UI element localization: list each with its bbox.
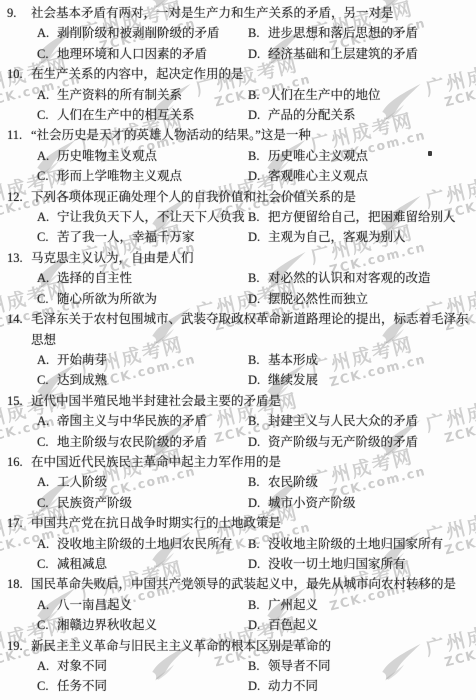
option-b: B. 人们在生产中的地位 <box>248 85 476 105</box>
option-text: 进步思想和落后思想的矛盾 <box>268 23 476 43</box>
option-label: B. <box>248 268 268 288</box>
option-c: C. 湘赣边界秋收起义 <box>37 615 248 635</box>
option-text: 任务不同 <box>57 676 248 696</box>
question-number: 13. <box>0 248 31 268</box>
option-label: A. <box>37 85 57 105</box>
option-text: 工人阶级 <box>57 472 248 492</box>
option-text: 八一南昌起义 <box>57 595 248 615</box>
option-text: 达到成熟 <box>57 370 248 390</box>
option-text: 苦了我一人，幸福千万家 <box>57 227 248 247</box>
option-label: A. <box>37 146 57 166</box>
option-a: A. 没收地主阶级的土地归农民所有 <box>37 534 248 554</box>
option-d: D. 摆脱必然性而独立 <box>248 289 476 309</box>
option-a: A. 剥削阶级和被剥削阶级的矛盾 <box>37 23 248 43</box>
option-label: D. <box>248 554 268 574</box>
option-d: D. 资产阶级与无产阶级的矛盾 <box>248 432 476 452</box>
option-text: 没收地主阶级的土地归农民所有 <box>57 534 248 554</box>
question-line: 18. 国民革命失败后，中国共产党领导的武装起义中，最先从城市向农村转移的是 <box>0 574 476 594</box>
option-a: A. 开始萌芽 <box>37 350 248 370</box>
question-text: 在中国近代民族民主革命中起主力军作用的是 <box>31 452 476 472</box>
option-text: 百色起义 <box>268 615 476 635</box>
option-label: D. <box>248 615 268 635</box>
option-c: C. 随心所欲为所欲为 <box>37 289 248 309</box>
options-row-ab: A. 剥削阶级和被剥削阶级的矛盾 B. 进步思想和落后思想的矛盾 <box>37 23 476 43</box>
option-text: 主观为自己，客观为别人 <box>268 227 476 247</box>
question-block: 17. 中国共产党在抗日战争时期实行的土地政策是 A. 没收地主阶级的土地归农民… <box>0 513 476 574</box>
question-block: 19. 新民主主义革命与旧民主主义革命的根本区别是革命的 A. 对象不同 B. … <box>0 636 476 697</box>
option-c: C. 减租减息 <box>37 554 248 574</box>
option-b: B. 领导者不同 <box>248 656 476 676</box>
question-number: 16. <box>0 452 31 472</box>
option-text: 湘赣边界秋收起义 <box>57 615 248 635</box>
ink-dot <box>428 151 432 156</box>
option-b: B. 广州起义 <box>248 595 476 615</box>
options-row-ab: A. 八一南昌起义 B. 广州起义 <box>37 595 476 615</box>
option-b: B. 基本形成 <box>248 350 476 370</box>
question-line: 17. 中国共产党在抗日战争时期实行的土地政策是 <box>0 513 476 533</box>
question-text: “社会历史是天才的英雄人物活动的结果。”这是一种 <box>31 125 476 145</box>
option-text: 动力不同 <box>268 676 476 696</box>
question-number: 17. <box>0 513 31 533</box>
option-d: D. 百色起义 <box>248 615 476 635</box>
option-text: 减租减息 <box>57 554 248 574</box>
question-line: 11. “社会历史是天才的英雄人物活动的结果。”这是一种 <box>0 125 476 145</box>
option-text: 形而上学唯物主义观点 <box>57 166 248 186</box>
option-d: D. 主观为自己，客观为别人 <box>248 227 476 247</box>
option-text: 地主阶级与农民阶级的矛盾 <box>57 432 248 452</box>
option-b: B. 农民阶级 <box>248 472 476 492</box>
question-number: 11. <box>0 125 31 145</box>
option-b: B. 把方便留给自己，把困难留给别人 <box>248 207 476 227</box>
option-text: 人们在生产中的相互关系 <box>57 105 248 125</box>
option-label: D. <box>248 166 268 186</box>
question-number: 14. <box>0 309 31 350</box>
question-text: 毛泽东关于农村包围城市、武装夺取政权革命新道路理论的提出，标志着毛泽东思想 <box>31 309 476 350</box>
question-block: 18. 国民革命失败后，中国共产党领导的武装起义中，最先从城市向农村转移的是 A… <box>0 574 476 635</box>
option-d: D. 产品的分配关系 <box>248 105 476 125</box>
option-a: A. 工人阶级 <box>37 472 248 492</box>
option-a: A. 选择的自主性 <box>37 268 248 288</box>
options-row-cd: C. 减租减息 D. 没收一切土地归国家所有 <box>37 554 476 574</box>
question-line: 9. 社会基本矛盾有两对，一对是生产力和生产关系的矛盾，另一对是 <box>0 3 476 23</box>
options-row-cd: C. 地主阶级与农民阶级的矛盾 D. 资产阶级与无产阶级的矛盾 <box>37 432 476 452</box>
option-text: 产品的分配关系 <box>268 105 476 125</box>
option-a: A. 帝国主义与中华民族的矛盾 <box>37 411 248 431</box>
question-line: 16. 在中国近代民族民主革命中起主力军作用的是 <box>0 452 476 472</box>
question-block: 16. 在中国近代民族民主革命中起主力军作用的是 A. 工人阶级 B. 农民阶级… <box>0 452 476 513</box>
option-b: B. 进步思想和落后思想的矛盾 <box>248 23 476 43</box>
option-label: B. <box>248 85 268 105</box>
question-text: 新民主主义革命与旧民主主义革命的根本区别是革命的 <box>31 636 476 656</box>
options-row-cd: C. 苦了我一人，幸福千万家 D. 主观为自己，客观为别人 <box>37 227 476 247</box>
options-row-ab: A. 工人阶级 B. 农民阶级 <box>37 472 476 492</box>
option-b: B. 对必然的认识和对客观的改造 <box>248 268 476 288</box>
option-text: 随心所欲为所欲为 <box>57 289 248 309</box>
question-block: 15. 近代中国半殖民地半封建社会最主要的矛盾是 A. 帝国主义与中华民族的矛盾… <box>0 391 476 452</box>
option-d: D. 客观唯心主义观点 <box>248 166 476 186</box>
option-text: 继续发展 <box>268 370 476 390</box>
question-number: 12. <box>0 187 31 207</box>
options-row-cd: C. 地理环境和人口因素的矛盾 D. 经济基础和上层建筑的矛盾 <box>37 44 476 64</box>
option-label: D. <box>248 105 268 125</box>
options-row-cd: C. 民族资产阶级 D. 城市小资产阶级 <box>37 493 476 513</box>
options-row-ab: A. 宁让我负天下人，不让天下人负我 B. 把方便留给自己，把困难留给别人 <box>37 207 476 227</box>
option-a: A. 八一南昌起义 <box>37 595 248 615</box>
option-text: 封建主义与人民大众的矛盾 <box>268 411 476 431</box>
option-label: D. <box>248 44 268 64</box>
question-text: 在生产关系的内容中，起决定作用的是 <box>31 64 476 84</box>
option-label: D. <box>248 676 268 696</box>
option-c: C. 地主阶级与农民阶级的矛盾 <box>37 432 248 452</box>
option-text: 基本形成 <box>268 350 476 370</box>
option-label: C. <box>37 166 57 186</box>
option-label: D. <box>248 432 268 452</box>
option-label: C. <box>37 615 57 635</box>
option-label: A. <box>37 268 57 288</box>
option-d: D. 动力不同 <box>248 676 476 696</box>
option-c: C. 地理环境和人口因素的矛盾 <box>37 44 248 64</box>
option-text: 历史唯物主义观点 <box>57 146 248 166</box>
option-a: A. 对象不同 <box>37 656 248 676</box>
question-number: 15. <box>0 391 31 411</box>
option-label: A. <box>37 472 57 492</box>
question-line: 14. 毛泽东关于农村包围城市、武装夺取政权革命新道路理论的提出，标志着毛泽东思… <box>0 309 476 350</box>
question-line: 15. 近代中国半殖民地半封建社会最主要的矛盾是 <box>0 391 476 411</box>
question-text: 中国共产党在抗日战争时期实行的土地政策是 <box>31 513 476 533</box>
option-text: 城市小资产阶级 <box>268 493 476 513</box>
question-text: 马克思主义认为，自由是人们 <box>31 248 476 268</box>
option-d: D. 城市小资产阶级 <box>248 493 476 513</box>
option-label: D. <box>248 493 268 513</box>
options-row-cd: C. 人们在生产中的相互关系 D. 产品的分配关系 <box>37 105 476 125</box>
question-block: 9. 社会基本矛盾有两对，一对是生产力和生产关系的矛盾，另一对是 A. 剥削阶级… <box>0 3 476 64</box>
option-label: C. <box>37 676 57 696</box>
question-text: 社会基本矛盾有两对，一对是生产力和生产关系的矛盾，另一对是 <box>31 3 476 23</box>
options-row-cd: C. 湘赣边界秋收起义 D. 百色起义 <box>37 615 476 635</box>
option-label: C. <box>37 44 57 64</box>
option-label: B. <box>248 146 268 166</box>
option-a: A. 生产资料的所有制关系 <box>37 85 248 105</box>
option-b: B. 没收地主阶级的土地归国家所有 <box>248 534 476 554</box>
option-text: 资产阶级与无产阶级的矛盾 <box>268 432 476 452</box>
option-text: 没收地主阶级的土地归国家所有 <box>268 534 476 554</box>
question-block: 10. 在生产关系的内容中，起决定作用的是 A. 生产资料的所有制关系 B. 人… <box>0 64 476 125</box>
question-number: 19. <box>0 636 31 656</box>
options-row-ab: A. 生产资料的所有制关系 B. 人们在生产中的地位 <box>37 85 476 105</box>
option-c: C. 民族资产阶级 <box>37 493 248 513</box>
option-text: 开始萌芽 <box>57 350 248 370</box>
option-text: 经济基础和上层建筑的矛盾 <box>268 44 476 64</box>
option-label: A. <box>37 207 57 227</box>
option-text: 对象不同 <box>57 656 248 676</box>
question-line: 19. 新民主主义革命与旧民主主义革命的根本区别是革命的 <box>0 636 476 656</box>
option-label: C. <box>37 554 57 574</box>
options-row-cd: C. 达到成熟 D. 继续发展 <box>37 370 476 390</box>
option-label: B. <box>248 472 268 492</box>
option-label: C. <box>37 493 57 513</box>
option-label: C. <box>37 105 57 125</box>
question-text: 下列各项体现正确处理个人的自我价值和社会价值关系的是 <box>31 187 476 207</box>
options-row-cd: C. 随心所欲为所欲为 D. 摆脱必然性而独立 <box>37 289 476 309</box>
option-text: 对必然的认识和对客观的改造 <box>268 268 476 288</box>
option-label: C. <box>37 227 57 247</box>
question-line: 13. 马克思主义认为，自由是人们 <box>0 248 476 268</box>
option-d: D. 继续发展 <box>248 370 476 390</box>
option-a: A. 历史唯物主义观点 <box>37 146 248 166</box>
option-label: B. <box>248 411 268 431</box>
option-label: A. <box>37 23 57 43</box>
question-block: 13. 马克思主义认为，自由是人们 A. 选择的自主性 B. 对必然的认识和对客… <box>0 248 476 309</box>
option-c: C. 苦了我一人，幸福千万家 <box>37 227 248 247</box>
option-c: C. 人们在生产中的相互关系 <box>37 105 248 125</box>
option-label: A. <box>37 411 57 431</box>
option-label: B. <box>248 595 268 615</box>
option-label: A. <box>37 656 57 676</box>
question-text: 国民革命失败后，中国共产党领导的武装起义中，最先从城市向农村转移的是 <box>31 574 476 594</box>
option-text: 历史唯心主义观点 <box>268 146 476 166</box>
option-text: 生产资料的所有制关系 <box>57 85 248 105</box>
option-label: A. <box>37 350 57 370</box>
question-line: 12. 下列各项体现正确处理个人的自我价值和社会价值关系的是 <box>0 187 476 207</box>
option-b: B. 封建主义与人民大众的矛盾 <box>248 411 476 431</box>
option-text: 广州起义 <box>268 595 476 615</box>
option-label: D. <box>248 289 268 309</box>
option-label: B. <box>248 656 268 676</box>
option-c: C. 达到成熟 <box>37 370 248 390</box>
options-row-ab: A. 对象不同 B. 领导者不同 <box>37 656 476 676</box>
option-text: 宁让我负天下人，不让天下人负我 <box>57 207 248 227</box>
option-label: D. <box>248 370 268 390</box>
options-row-ab: A. 没收地主阶级的土地归农民所有 B. 没收地主阶级的土地归国家所有 <box>37 534 476 554</box>
option-label: C. <box>37 370 57 390</box>
options-row-ab: A. 选择的自主性 B. 对必然的认识和对客观的改造 <box>37 268 476 288</box>
options-row-ab: A. 帝国主义与中华民族的矛盾 B. 封建主义与人民大众的矛盾 <box>37 411 476 431</box>
option-a: A. 宁让我负天下人，不让天下人负我 <box>37 207 248 227</box>
question-number: 9. <box>0 3 31 23</box>
option-label: A. <box>37 534 57 554</box>
question-number: 10. <box>0 64 31 84</box>
questions: 9. 社会基本矛盾有两对，一对是生产力和生产关系的矛盾，另一对是 A. 剥削阶级… <box>0 0 476 697</box>
options-row-ab: A. 开始萌芽 B. 基本形成 <box>37 350 476 370</box>
option-text: 选择的自主性 <box>57 268 248 288</box>
option-label: B. <box>248 207 268 227</box>
option-label: B. <box>248 534 268 554</box>
question-number: 18. <box>0 574 31 594</box>
option-c: C. 任务不同 <box>37 676 248 696</box>
option-text: 农民阶级 <box>268 472 476 492</box>
exam-page: 广州成考网 ZCK.com.cn 广州成考网 ZCK.com.cn 广州成考网 … <box>0 0 476 700</box>
option-text: 地理环境和人口因素的矛盾 <box>57 44 248 64</box>
option-text: 帝国主义与中华民族的矛盾 <box>57 411 248 431</box>
option-text: 人们在生产中的地位 <box>268 85 476 105</box>
question-line: 10. 在生产关系的内容中，起决定作用的是 <box>0 64 476 84</box>
option-c: C. 形而上学唯物主义观点 <box>37 166 248 186</box>
option-text: 客观唯心主义观点 <box>268 166 476 186</box>
option-label: B. <box>248 23 268 43</box>
question-block: 14. 毛泽东关于农村包围城市、武装夺取政权革命新道路理论的提出，标志着毛泽东思… <box>0 309 476 391</box>
option-d: D. 经济基础和上层建筑的矛盾 <box>248 44 476 64</box>
question-text: 近代中国半殖民地半封建社会最主要的矛盾是 <box>31 391 476 411</box>
option-text: 领导者不同 <box>268 656 476 676</box>
question-block: 11. “社会历史是天才的英雄人物活动的结果。”这是一种 A. 历史唯物主义观点… <box>0 125 476 186</box>
option-label: D. <box>248 227 268 247</box>
question-block: 12. 下列各项体现正确处理个人的自我价值和社会价值关系的是 A. 宁让我负天下… <box>0 187 476 248</box>
option-d: D. 没收一切土地归国家所有 <box>248 554 476 574</box>
option-text: 没收一切土地归国家所有 <box>268 554 476 574</box>
options-row-cd: C. 形而上学唯物主义观点 D. 客观唯心主义观点 <box>37 166 476 186</box>
option-text: 剥削阶级和被剥削阶级的矛盾 <box>57 23 248 43</box>
option-text: 把方便留给自己，把困难留给别人 <box>268 207 476 227</box>
option-label: C. <box>37 289 57 309</box>
option-b: B. 历史唯心主义观点 <box>248 146 476 166</box>
options-row-cd: C. 任务不同 D. 动力不同 <box>37 676 476 696</box>
option-label: B. <box>248 350 268 370</box>
option-text: 摆脱必然性而独立 <box>268 289 476 309</box>
option-label: C. <box>37 432 57 452</box>
option-label: A. <box>37 595 57 615</box>
options-row-ab: A. 历史唯物主义观点 B. 历史唯心主义观点 <box>37 146 476 166</box>
option-text: 民族资产阶级 <box>57 493 248 513</box>
